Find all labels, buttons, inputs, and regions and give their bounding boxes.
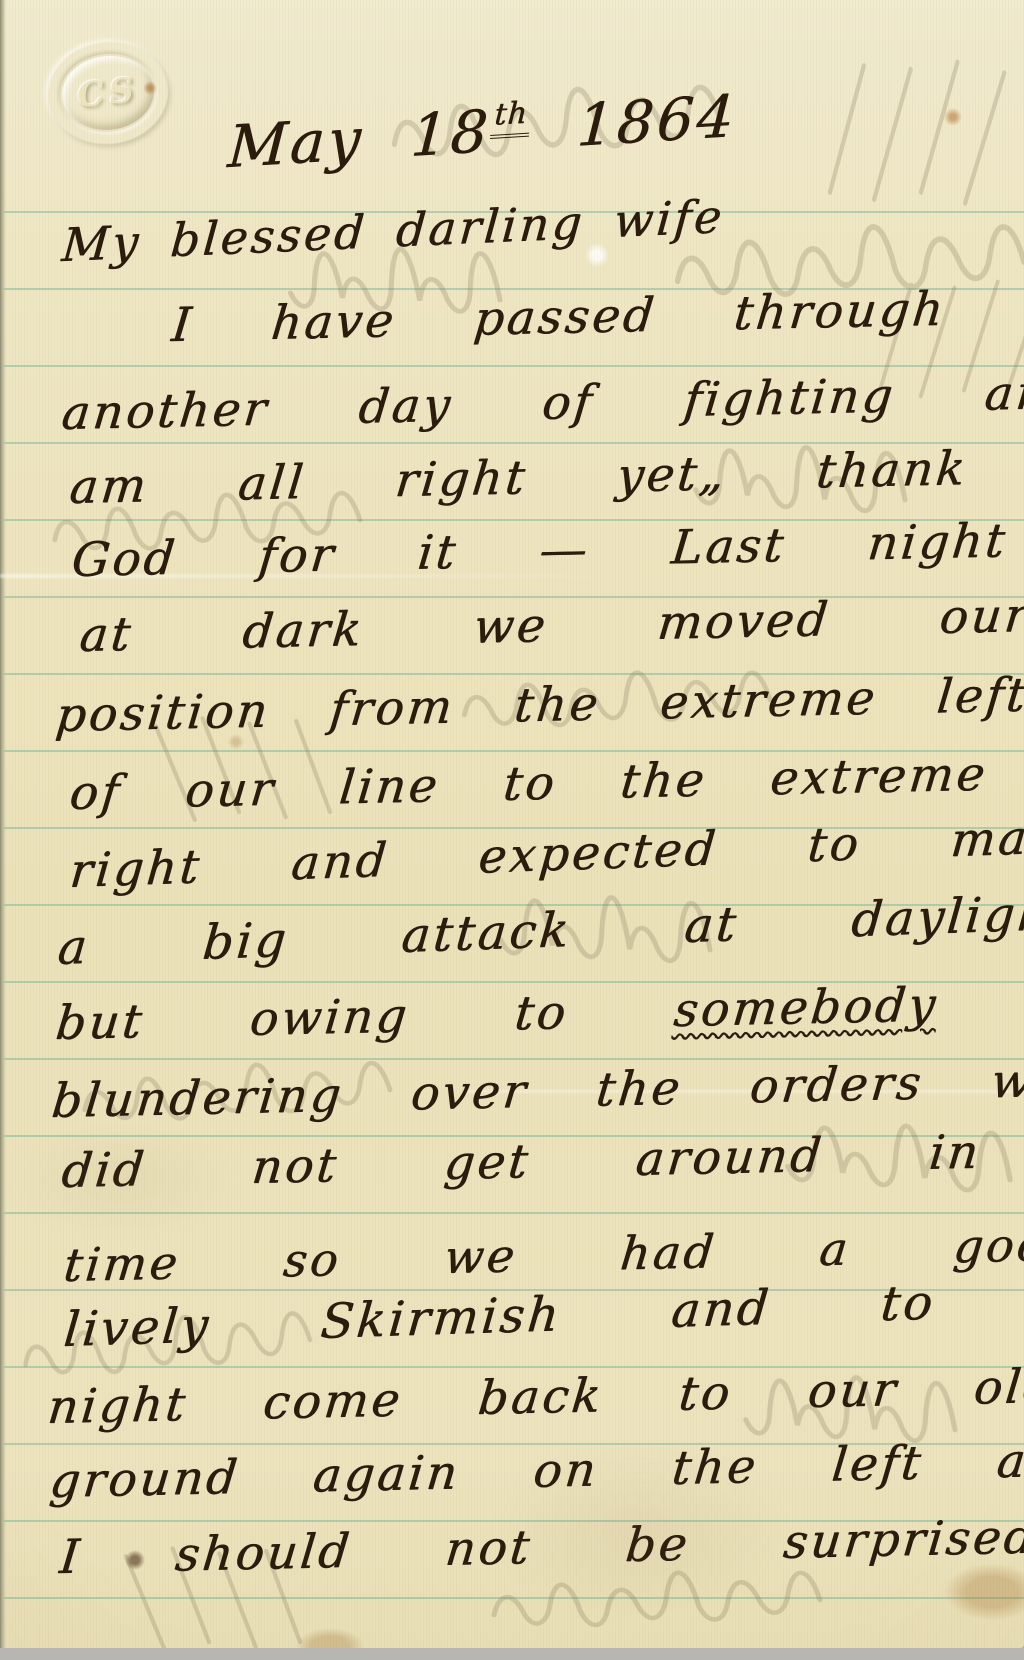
letter-line-19: I should not be surprised bbox=[58, 1513, 1024, 1581]
letter-line-13: blundering over the orders we bbox=[50, 1057, 1024, 1125]
date-line: May 18th 1864 bbox=[226, 87, 738, 176]
letter-line-14: did not get around in bbox=[60, 1129, 984, 1195]
letter-line-16: lively Skirmish and to bbox=[62, 1279, 938, 1355]
letter-page: CS May 18th 1864 My blessed darling wife… bbox=[0, 0, 1024, 1648]
letter-line-11: a big attack at daylight bbox=[56, 888, 1024, 972]
seal-monogram: CS bbox=[41, 34, 175, 152]
letter-line-17: night come back to our old bbox=[46, 1363, 1024, 1431]
embossed-seal: CS bbox=[41, 34, 175, 152]
letter-line-12: but owing to somebody bbox=[54, 981, 941, 1047]
letter-line-3: I have passed through bbox=[170, 286, 948, 349]
letter-line-4: another day of fighting and bbox=[60, 369, 1024, 437]
letter-line-7: at dark we moved our bbox=[78, 592, 1024, 659]
letter-line-8: position from the extreme left bbox=[54, 672, 1024, 739]
underlined-word: somebody bbox=[671, 977, 940, 1038]
letter-line-18: ground again on the left and bbox=[48, 1436, 1024, 1505]
date-ordinal-suffix: th bbox=[490, 95, 532, 139]
date-year: 1864 bbox=[528, 82, 739, 163]
letter-line-10: right and expected to make bbox=[68, 812, 1024, 895]
date-month-day: May 18 bbox=[226, 97, 493, 181]
salutation-line: My blessed darling wife bbox=[60, 193, 726, 268]
letter-line-9: of our line to the extreme bbox=[68, 751, 990, 817]
letter-line-5: am all right yet„ thank bbox=[68, 445, 970, 511]
paper-left-edge bbox=[0, 0, 6, 1648]
letter-line-6: God for it — Last night bbox=[70, 517, 1010, 584]
line-12-prefix: but owing to bbox=[53, 983, 677, 1051]
